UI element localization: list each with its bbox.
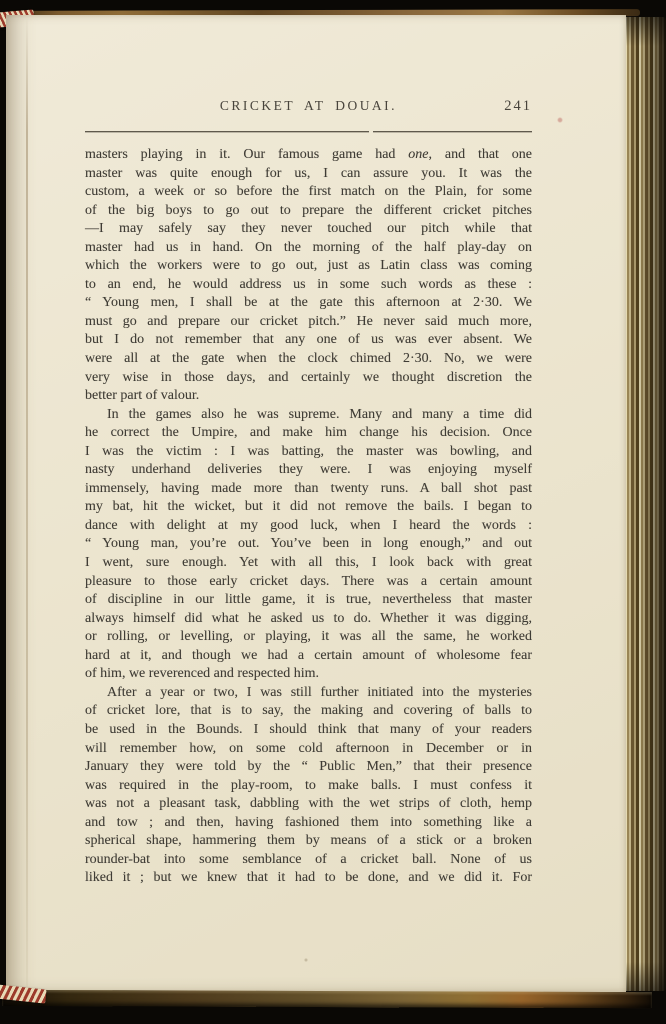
text-line: January they were told by the “ Public M…	[85, 758, 532, 777]
text-line: “ Young man, you’re out. You’ve been in …	[85, 535, 532, 554]
text-line: will remember how, on some cold afternoo…	[85, 740, 532, 759]
book-page: CRICKET AT DOUAI. 241 masters playing in…	[6, 15, 626, 992]
text-line: master had us in hand. On the morning of…	[85, 239, 532, 258]
gutter-crease	[26, 15, 28, 992]
text-block: masters playing in it. Our famous game h…	[85, 146, 532, 888]
text-line: spherical shape, hammering them by means…	[85, 832, 532, 851]
fore-edge-page-stack	[625, 17, 666, 991]
text-line: rounder-bat into some semblance of a cri…	[85, 851, 532, 870]
text-line: masters playing in it. Our famous game h…	[85, 146, 532, 165]
header-rule	[85, 131, 532, 132]
text-line: master was quite enough for us, I can as…	[85, 165, 532, 184]
text-line: liked it ; but we knew that it had to be…	[85, 869, 532, 888]
text-line: very wise in those days, and certainly w…	[85, 369, 532, 388]
text-line: After a year or two, I was still further…	[85, 684, 532, 703]
text-line: dance with delight at my good luck, when…	[85, 517, 532, 536]
text-line: but I do not remember that any one of us…	[85, 331, 532, 350]
text-line: of cricket lore, that is to say, the mak…	[85, 702, 532, 721]
paragraph: In the games also he was supreme. Many a…	[85, 406, 532, 684]
text-line: custom, a week or so before the first ma…	[85, 183, 532, 202]
header-rule-left-segment	[85, 131, 369, 132]
text-line: of the big boys to go out to prepare the…	[85, 202, 532, 221]
text-line: —I may safely say they never touched our…	[85, 220, 532, 239]
paragraph: masters playing in it. Our famous game h…	[85, 146, 532, 406]
text-line: or rolling, or levelling, or playing, it…	[85, 628, 532, 647]
text-line: I was the victim : I was batting, the ma…	[85, 443, 532, 462]
text-line: pleasure to those early cricket days. Th…	[85, 573, 532, 592]
text-line: which the workers were to go out, just a…	[85, 257, 532, 276]
text-line: and tow ; and then, having fashioned the…	[85, 814, 532, 833]
text-line: was required in the play-room, to make b…	[85, 777, 532, 796]
text-line: nasty underhand deliveries they were. I …	[85, 461, 532, 480]
text-line: always himself did what he asked us to d…	[85, 610, 532, 629]
page-content: CRICKET AT DOUAI. 241 masters playing in…	[85, 98, 532, 888]
running-header: CRICKET AT DOUAI. 241	[85, 98, 532, 124]
text-line: must go and prepare our cricket pitch.” …	[85, 313, 532, 332]
book-bottom-edge	[2, 990, 652, 1008]
text-line: be used in the Bounds. I should think th…	[85, 721, 532, 740]
running-header-title: CRICKET AT DOUAI.	[85, 98, 532, 114]
text-line: “ Young men, I shall be at the gate this…	[85, 294, 532, 313]
text-line: hard at it, and though we had a certain …	[85, 647, 532, 666]
text-line: of him, we reverenced and respected him.	[85, 665, 532, 684]
paragraph: After a year or two, I was still further…	[85, 684, 532, 888]
header-rule-right-segment	[373, 131, 532, 132]
text-line: immensely, having made more than twenty …	[85, 480, 532, 499]
book-photograph: CRICKET AT DOUAI. 241 masters playing in…	[0, 0, 666, 1024]
text-line: to an end, he would address us in some s…	[85, 276, 532, 295]
text-line: was not a pleasant task, dabbling with t…	[85, 795, 532, 814]
text-line: In the games also he was supreme. Many a…	[85, 406, 532, 425]
text-line: were all at the gate when the clock chim…	[85, 350, 532, 369]
page-number: 241	[504, 98, 532, 115]
text-line: of discipline in our little game, it is …	[85, 591, 532, 610]
text-line: better part of valour.	[85, 387, 532, 406]
text-line: my bat, hit the wicket, but it did not r…	[85, 498, 532, 517]
text-line: he correct the Umpire, and make him chan…	[85, 424, 532, 443]
text-line: I went, sure enough. Yet with all this, …	[85, 554, 532, 573]
